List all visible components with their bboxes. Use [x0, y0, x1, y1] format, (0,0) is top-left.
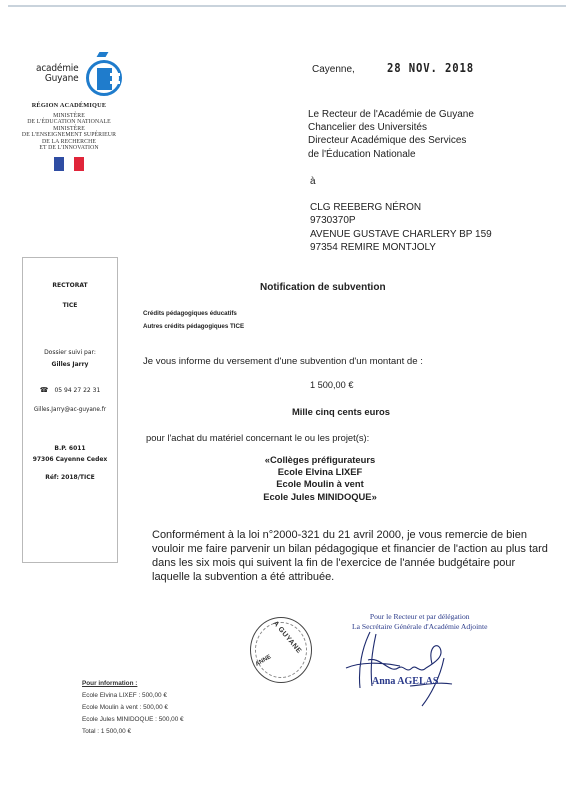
ministry-line: DE L'ÉDUCATION NATIONALE [14, 119, 124, 125]
academy-logo-block: académie Guyane RÉGION ACADÉMIQUE MINIST… [14, 50, 124, 171]
place-and-date: Cayenne, 28 NOV. 2018 [312, 60, 489, 75]
sender-block: Le Recteur de l'Académie de Guyane Chanc… [308, 108, 474, 161]
information-block: Pour information : Ecole Elvina LIXEF : … [82, 678, 184, 738]
followed-by-name: Gilles Jarry [23, 361, 117, 368]
academy-logo: académie Guyane [14, 50, 124, 100]
flag-white [64, 157, 74, 171]
email-link[interactable]: Gilles.Jarry@ac-guyane.fr [23, 407, 117, 413]
information-title: Pour information : [82, 678, 184, 690]
information-line: Ecole Moulin à vent : 500,00 € [82, 702, 184, 714]
project-line: Ecole Elvina LIXEF [230, 466, 410, 478]
logo-line-2: Guyane [36, 74, 78, 84]
logo-e-gap [110, 81, 120, 84]
information-line: Ecole Elvina LIXEF : 500,00 € [82, 690, 184, 702]
phone-row: ☎05 94 27 22 31 [23, 386, 117, 394]
delegation-line-1: Pour le Recteur et par délégation [352, 612, 487, 622]
place: Cayenne, [312, 64, 355, 75]
logo-e-gap [110, 73, 120, 76]
credit-lines: Crédits pédagogiques éducatifs Autres cr… [143, 307, 244, 333]
amount-figure: 1 500,00 € [310, 380, 353, 390]
legal-paragraph: Conformément à la loi n°2000-321 du 21 a… [152, 528, 552, 584]
date-stamp: 28 NOV. 2018 [387, 60, 474, 75]
recipient-line: AVENUE GUSTAVE CHARLERY BP 159 [310, 228, 492, 241]
logo-wordmark: académie Guyane [36, 64, 78, 84]
recipient-line: CLG REEBERG NÉRON [310, 201, 492, 214]
logo-accent-icon [97, 52, 109, 57]
to-label: à [310, 176, 316, 187]
contact-sidebox: RECTORAT TICE Dossier suivi par: Gilles … [22, 257, 118, 563]
recipient-address: CLG REEBERG NÉRON 9730370P AVENUE GUSTAV… [310, 201, 492, 254]
service-name: RECTORAT [23, 282, 117, 289]
official-stamp: A GUYANE ANNE [250, 617, 312, 683]
sender-line: Chancelier des Universités [308, 121, 474, 134]
recipient-line: 97354 REMIRE MONTJOLY [310, 241, 492, 254]
postal-city: 97306 Cayenne Cedex [23, 456, 117, 463]
phone-number: 05 94 27 22 31 [54, 387, 100, 394]
scan-top-edge [8, 5, 566, 7]
information-total: Total : 1 500,00 € [82, 726, 184, 738]
flag-red [74, 157, 84, 171]
division-name: TICE [23, 302, 117, 309]
french-republic-flag-icon [54, 157, 84, 171]
project-list: «Collèges préfigurateurs Ecole Elvina LI… [270, 454, 370, 503]
intro-sentence: Je vous informe du versement d'une subve… [143, 356, 423, 367]
sender-line: de l'Éducation Nationale [308, 148, 474, 161]
followed-by-label: Dossier suivi par: [23, 349, 117, 356]
po-box: B.P. 6011 [23, 445, 117, 452]
recipient-line: 9730370P [310, 214, 492, 227]
ministry-lines: MINISTÈRE DE L'ÉDUCATION NATIONALE MINIS… [14, 113, 124, 151]
ministry-line: DE L'ENSEIGNEMENT SUPÉRIEUR [14, 132, 124, 138]
project-line: Ecole Moulin à vent [230, 478, 410, 490]
sender-line: Le Recteur de l'Académie de Guyane [308, 108, 474, 121]
information-line: Ecole Jules MINIDOQUE : 500,00 € [82, 714, 184, 726]
ministry-line: ET DE L'INNOVATION [14, 145, 124, 151]
credit-line: Crédits pédagogiques éducatifs [143, 307, 244, 320]
sender-line: Directeur Académique des Services [308, 134, 474, 147]
credit-line: Autres crédits pédagogiques TICE [143, 320, 244, 333]
flag-blue [54, 157, 64, 171]
project-line: Ecole Jules MINIDOQUE» [230, 491, 410, 503]
document-title: Notification de subvention [260, 282, 386, 293]
signatory-name: Anna AGELAS [372, 676, 438, 687]
logo-e-letter-icon [97, 68, 112, 90]
telephone-icon: ☎ [40, 386, 49, 394]
region-label: RÉGION ACADÉMIQUE [14, 102, 124, 109]
reference: Réf: 2018/TICE [23, 474, 117, 481]
handwritten-signature-icon [340, 628, 460, 708]
project-line: «Collèges préfigurateurs [230, 454, 410, 466]
purpose-sentence: pour l'achat du matériel concernant le o… [146, 432, 369, 443]
logo-e-circle-icon [86, 60, 122, 96]
amount-in-words: Mille cinq cents euros [292, 406, 390, 417]
